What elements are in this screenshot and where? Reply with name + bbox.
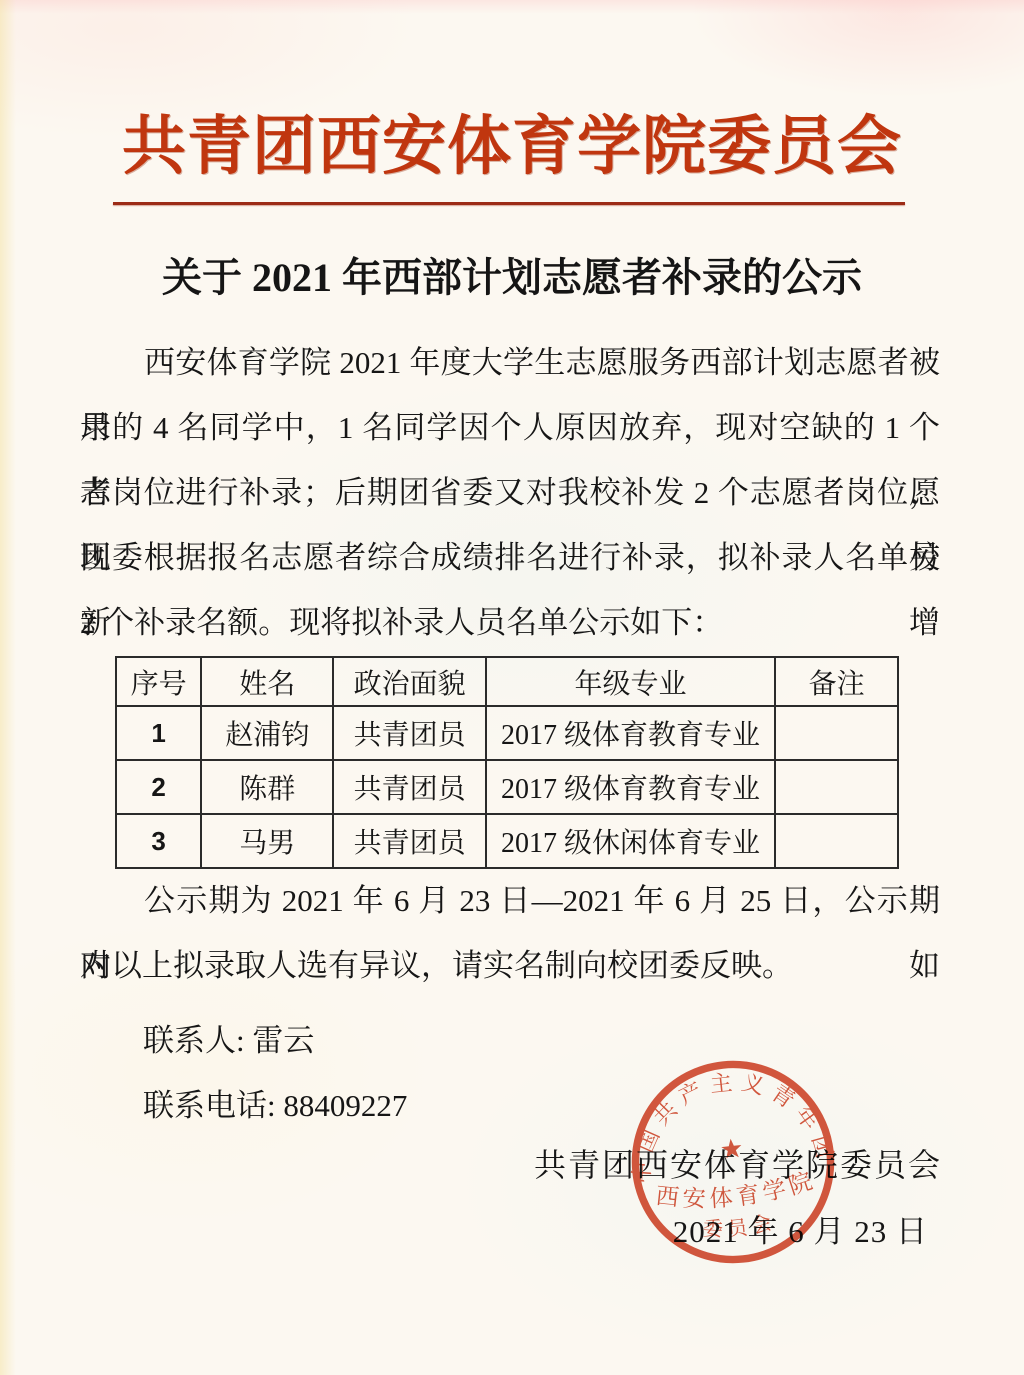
table-row: 1 赵浦钧 共青团员 2017 级体育教育专业 <box>116 706 898 760</box>
table-row: 3 马男 共青团员 2017 级休闲体育专业 <box>116 814 898 868</box>
body-line: 用的 4 名同学中，1 名同学因个人原因放弃，现对空缺的 1 个志愿 <box>80 395 940 460</box>
table-cell: 2017 级体育教育专业 <box>486 760 775 814</box>
table-header-cell: 姓名 <box>201 657 333 706</box>
table-cell: 2017 级体育教育专业 <box>486 706 775 760</box>
body-line: 者岗位进行补录；后期团省委又对我校补发 2 个志愿者岗位，现校 <box>80 460 940 525</box>
table-cell: 2 <box>116 760 201 814</box>
table-header-cell: 序号 <box>116 657 201 706</box>
table-cell: 1 <box>116 706 201 760</box>
table-cell: 马男 <box>201 814 333 868</box>
org-header-title: 共青团西安体育学院委员会 <box>62 92 962 202</box>
table-cell <box>775 706 898 760</box>
body-line: 西安体育学院 2021 年度大学生志愿服务西部计划志愿者被录 <box>80 330 940 395</box>
body-line: 团委根据报名志愿者综合成绩排名进行补录，拟补录人名单另新增 <box>80 525 940 590</box>
table-cell: 3 <box>116 814 201 868</box>
signature-date: 2021 年 6 月 23 日 <box>673 1206 928 1251</box>
contact-phone-line: 联系电话: 88409227 <box>143 1080 407 1125</box>
contact-person-line: 联系人: 雷云 <box>143 1015 314 1060</box>
table-header-cell: 备注 <box>775 657 898 706</box>
table-header-cell: 政治面貌 <box>333 657 485 706</box>
table-header-row: 序号 姓名 政治面貌 年级专业 备注 <box>116 657 898 706</box>
scanned-document-page: 共青团西安体育学院委员会 关于 2021 年西部计划志愿者补录的公示 西安体育学… <box>0 0 1024 1375</box>
table-cell: 陈群 <box>201 760 333 814</box>
table-cell <box>775 814 898 868</box>
table-cell <box>775 760 898 814</box>
body-paragraph-1: 西安体育学院 2021 年度大学生志愿服务西部计划志愿者被录 用的 4 名同学中… <box>80 330 940 655</box>
header-divider <box>113 202 905 205</box>
table-cell: 共青团员 <box>333 706 485 760</box>
signature-org: 共青团西安体育学院委员会 <box>534 1140 942 1186</box>
doc-title: 关于 2021 年西部计划志愿者补录的公示 <box>62 246 962 303</box>
table-cell: 共青团员 <box>333 814 485 868</box>
body-paragraph-2: 公示期为 2021 年 6 月 23 日—2021 年 6 月 25 日，公示期… <box>80 868 940 998</box>
table-cell: 共青团员 <box>333 760 485 814</box>
recruit-table: 序号 姓名 政治面貌 年级专业 备注 1 赵浦钧 共青团员 2017 级体育教育… <box>115 656 899 869</box>
table-cell: 2017 级休闲体育专业 <box>486 814 775 868</box>
body-line: 公示期为 2021 年 6 月 23 日—2021 年 6 月 25 日，公示期… <box>80 868 940 933</box>
table-header-cell: 年级专业 <box>486 657 775 706</box>
table-cell: 赵浦钧 <box>201 706 333 760</box>
table-row: 2 陈群 共青团员 2017 级体育教育专业 <box>116 760 898 814</box>
